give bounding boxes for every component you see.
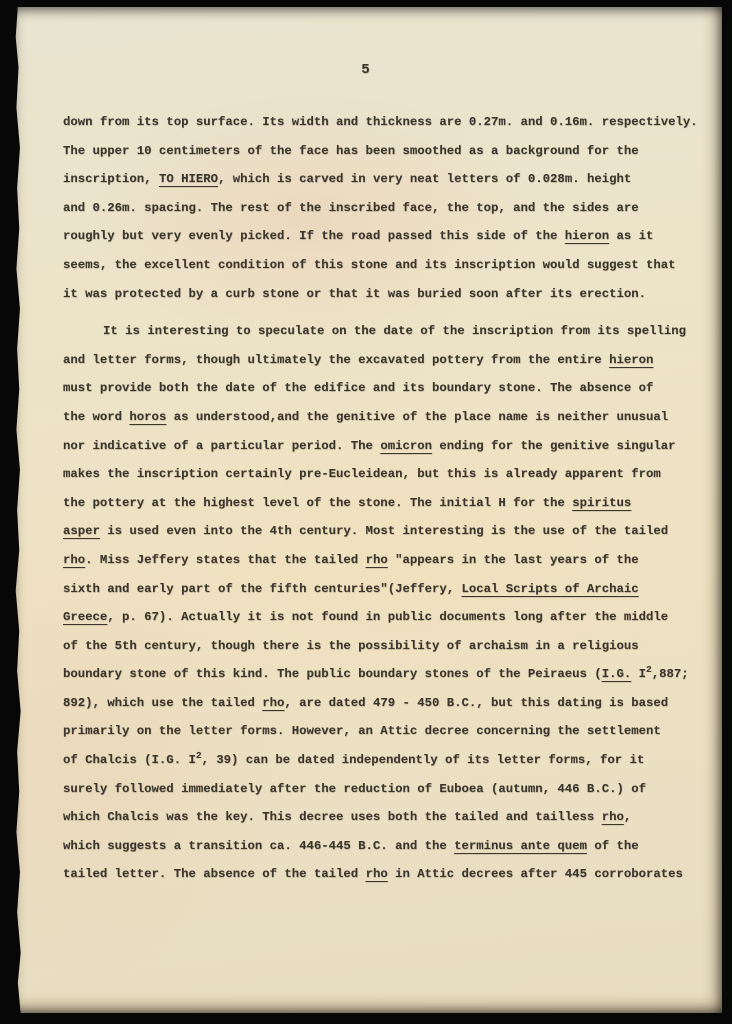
- text-run: ,887;: [652, 667, 689, 681]
- text-line: Greece, p. 67). Actually it is not found…: [63, 603, 716, 632]
- page-number: 5: [10, 62, 722, 82]
- text-run: , are dated 479 - 450 B.C., but this dat…: [284, 696, 668, 710]
- text-line: it was protected by a curb stone or that…: [63, 280, 716, 309]
- text-run: tailed letter. The absence of the tailed: [63, 867, 366, 881]
- text-line: down from its top surface. Its width and…: [63, 108, 716, 137]
- text-run: ,: [624, 810, 631, 824]
- text-run: of Chalcis (I.G. I: [63, 753, 196, 767]
- paragraph: down from its top surface. Its width and…: [63, 108, 716, 308]
- text-run: in Attic decrees after 445 corroborates: [388, 867, 683, 881]
- text-line: rho. Miss Jeffery states that the tailed…: [63, 546, 716, 575]
- text-run: which suggests a transition ca. 446-445 …: [63, 839, 454, 853]
- text-line: It is interesting to speculate on the da…: [63, 317, 716, 346]
- text-run: , which is carved in very neat letters o…: [218, 172, 631, 186]
- underlined-text: rho: [602, 810, 624, 824]
- text-run: ending for the genitive singular: [432, 439, 676, 453]
- text-line: sixth and early part of the fifth centur…: [63, 575, 716, 604]
- underlined-text: omicron: [380, 439, 432, 453]
- text-run: and 0.26m. spacing. The rest of the insc…: [63, 201, 639, 215]
- underlined-text: I.G.: [602, 667, 632, 681]
- text-run: nor indicative of a particular period. T…: [63, 439, 380, 453]
- text-run: "appears in the last years of the: [388, 553, 639, 567]
- text-run: I: [631, 667, 646, 681]
- text-run: as understood,and the genitive of the pl…: [166, 410, 668, 424]
- text-run: primarily on the letter forms. However, …: [63, 724, 661, 738]
- text-run: it was protected by a curb stone or that…: [63, 287, 646, 301]
- underlined-text: TO HIERO: [159, 172, 218, 186]
- underlined-text: rho: [262, 696, 284, 710]
- text-line: seems, the excellent condition of this s…: [63, 251, 716, 280]
- text-line: which Chalcis was the key. This decree u…: [63, 803, 716, 832]
- document-page: 5 down from its top surface. Its width a…: [10, 7, 722, 1013]
- text-line: boundary stone of this kind. The public …: [63, 660, 716, 689]
- text-line: the pottery at the highest level of the …: [63, 489, 716, 518]
- underlined-text: rho: [63, 553, 85, 567]
- scan-background: 5 down from its top surface. Its width a…: [0, 0, 732, 1024]
- text-run: inscription,: [63, 172, 159, 186]
- text-line: roughly but very evenly picked. If the r…: [63, 222, 716, 251]
- text-run: surely followed immediately after the re…: [63, 782, 646, 796]
- text-line: must provide both the date of the edific…: [63, 374, 716, 403]
- text-run: of the: [587, 839, 639, 853]
- text-line: which suggests a transition ca. 446-445 …: [63, 832, 716, 861]
- underlined-text: Greece: [63, 610, 107, 624]
- text-run: 892), which use the tailed: [63, 696, 262, 710]
- text-line: surely followed immediately after the re…: [63, 775, 716, 804]
- text-line: of the 5th century, though there is the …: [63, 632, 716, 661]
- text-block: down from its top surface. Its width and…: [10, 108, 722, 889]
- paragraph: It is interesting to speculate on the da…: [63, 317, 716, 889]
- underlined-text: hieron: [565, 229, 609, 243]
- text-run: is used even into the 4th century. Most …: [100, 524, 668, 538]
- text-run: down from its top surface. Its width and…: [63, 115, 698, 129]
- text-run: of the 5th century, though there is the …: [63, 639, 639, 653]
- underlined-text: hieron: [609, 353, 653, 367]
- underlined-text: asper: [63, 524, 100, 538]
- text-run: the word: [63, 410, 129, 424]
- text-run: the pottery at the highest level of the …: [63, 496, 572, 510]
- underlined-text: horos: [129, 410, 166, 424]
- text-line: 892), which use the tailed rho, are date…: [63, 689, 716, 718]
- underlined-text: rho: [366, 553, 388, 567]
- text-run: as it: [609, 229, 653, 243]
- text-run: and letter forms, though ultimately the …: [63, 353, 609, 367]
- text-line: asper is used even into the 4th century.…: [63, 517, 716, 546]
- text-line: nor indicative of a particular period. T…: [63, 432, 716, 461]
- text-line: the word horos as understood,and the gen…: [63, 403, 716, 432]
- underlined-text: terminus ante quem: [454, 839, 587, 853]
- underlined-text: Local Scripts of Archaic: [461, 582, 638, 596]
- underlined-text: spiritus: [572, 496, 631, 510]
- text-line: of Chalcis (I.G. I2, 39) can be dated in…: [63, 746, 716, 775]
- text-line: makes the inscription certainly pre-Eucl…: [63, 460, 716, 489]
- underlined-text: rho: [366, 867, 388, 881]
- text-line: primarily on the letter forms. However, …: [63, 717, 716, 746]
- text-run: makes the inscription certainly pre-Eucl…: [63, 467, 661, 481]
- text-line: tailed letter. The absence of the tailed…: [63, 860, 716, 889]
- text-line: The upper 10 centimeters of the face has…: [63, 137, 716, 166]
- text-run: which Chalcis was the key. This decree u…: [63, 810, 602, 824]
- text-run: roughly but very evenly picked. If the r…: [63, 229, 565, 243]
- text-run: , 39) can be dated independently of its …: [202, 753, 645, 767]
- text-run: . Miss Jeffery states that the tailed: [85, 553, 365, 567]
- text-run: It is interesting to speculate on the da…: [103, 324, 686, 338]
- text-run: , p. 67). Actually it is not found in pu…: [107, 610, 668, 624]
- text-run: boundary stone of this kind. The public …: [63, 667, 602, 681]
- text-line: and letter forms, though ultimately the …: [63, 346, 716, 375]
- text-run: sixth and early part of the fifth centur…: [63, 582, 461, 596]
- text-line: and 0.26m. spacing. The rest of the insc…: [63, 194, 716, 223]
- text-run: must provide both the date of the edific…: [63, 381, 653, 395]
- text-run: The upper 10 centimeters of the face has…: [63, 144, 639, 158]
- text-line: inscription, TO HIERO, which is carved i…: [63, 165, 716, 194]
- text-run: seems, the excellent condition of this s…: [63, 258, 676, 272]
